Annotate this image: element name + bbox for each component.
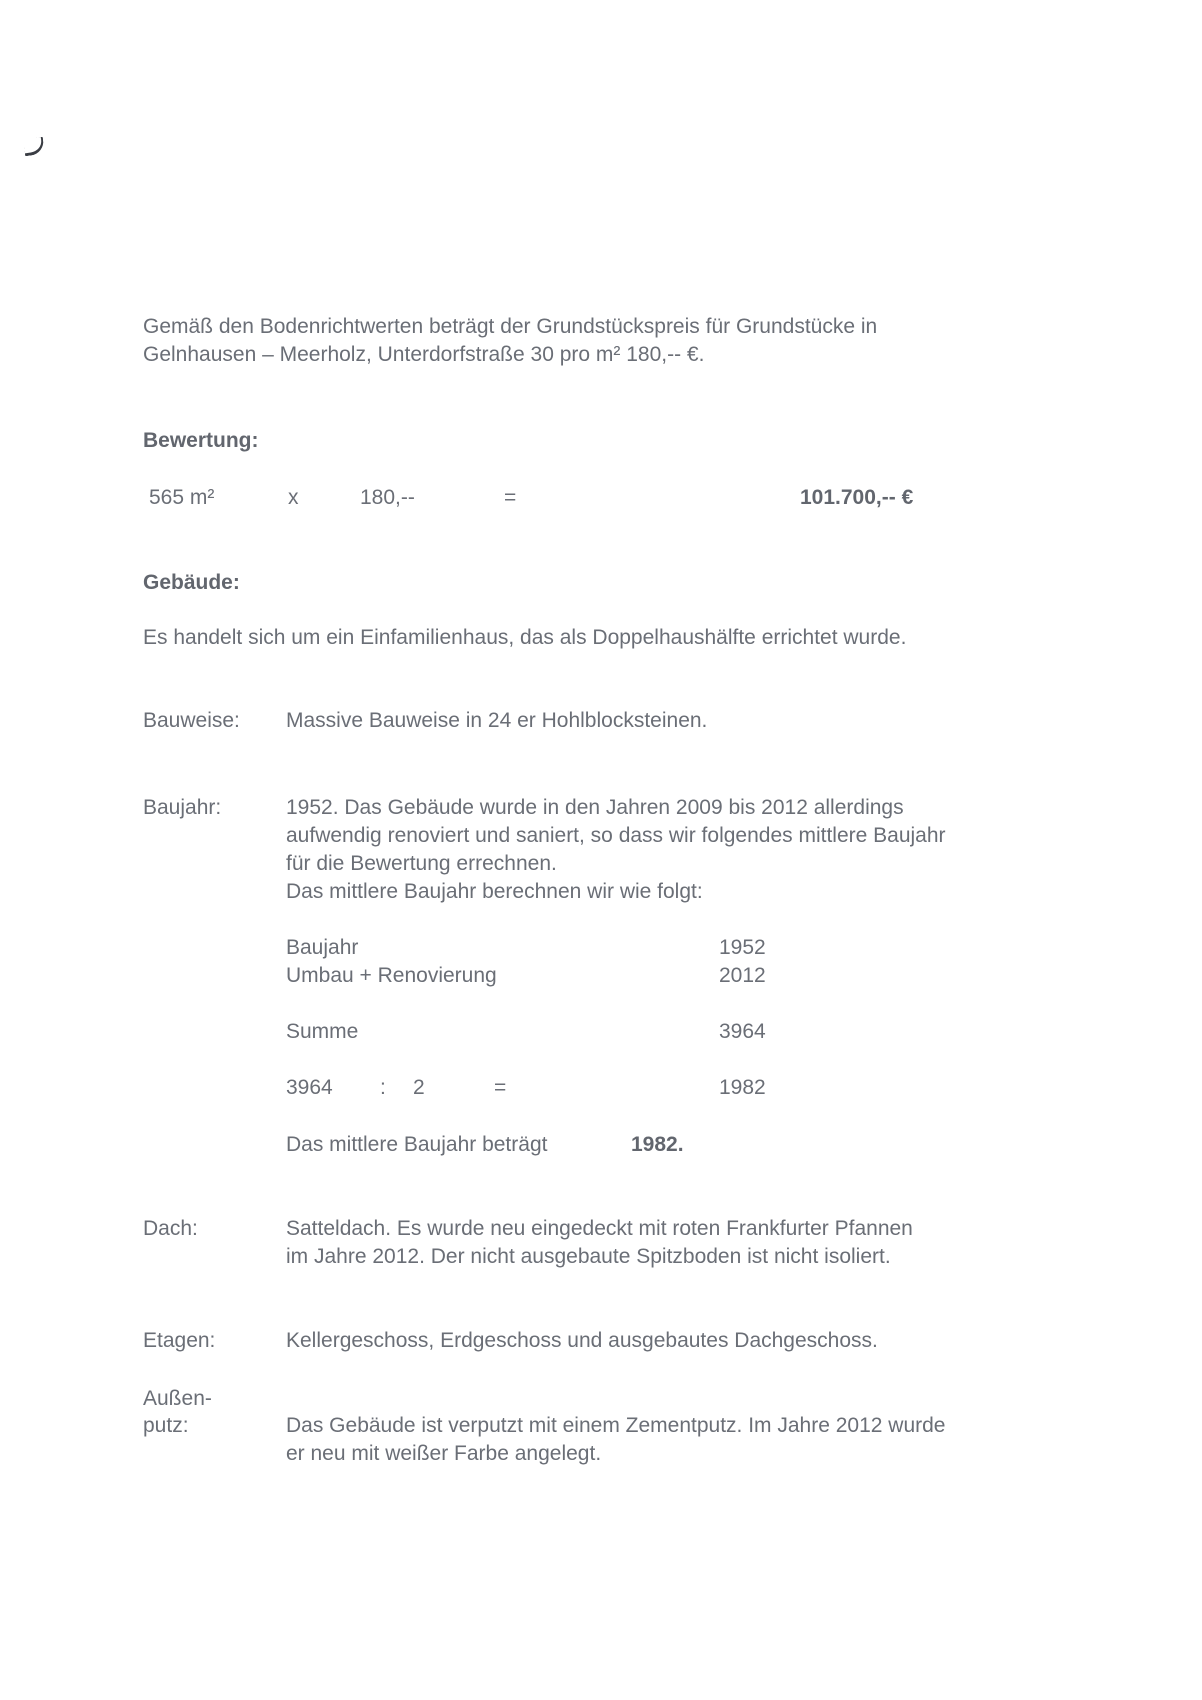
division-equals: = <box>494 1074 506 1102</box>
aussenputz-line-1: Das Gebäude ist verputzt mit einem Zemen… <box>286 1412 945 1440</box>
etagen-label: Etagen: <box>143 1327 215 1355</box>
bewertung-price: 180,-- <box>360 484 415 512</box>
division-op: : <box>380 1074 386 1102</box>
baujahr-label: Baujahr: <box>143 794 221 822</box>
division-divisor: 2 <box>413 1074 425 1102</box>
baujahr-line-3: für die Bewertung errechnen. <box>286 850 557 878</box>
bewertung-times: x <box>288 484 299 512</box>
bewertung-area: 565 m² <box>149 484 214 512</box>
dach-line-1: Satteldach. Es wurde neu eingedeckt mit … <box>286 1215 913 1243</box>
division-dividend: 3964 <box>286 1074 333 1102</box>
gebaeude-description: Es handelt sich um ein Einfamilienhaus, … <box>143 624 906 652</box>
calc-row-label: Umbau + Renovierung <box>286 962 497 990</box>
mean-year-text: Das mittlere Baujahr beträgt <box>286 1131 547 1159</box>
calc-row-value: 1952 <box>719 934 766 962</box>
sum-label: Summe <box>286 1018 358 1046</box>
sum-value: 3964 <box>719 1018 766 1046</box>
etagen-value: Kellergeschoss, Erdgeschoss und ausgebau… <box>286 1327 878 1355</box>
bewertung-heading: Bewertung: <box>143 427 259 455</box>
baujahr-line-1: 1952. Das Gebäude wurde in den Jahren 20… <box>286 794 904 822</box>
baujahr-line-2: aufwendig renoviert und saniert, so dass… <box>286 822 946 850</box>
gebaeude-heading: Gebäude: <box>143 569 240 597</box>
dach-label: Dach: <box>143 1215 198 1243</box>
bewertung-equals: = <box>504 484 516 512</box>
division-result: 1982 <box>719 1074 766 1102</box>
bauweise-value: Massive Bauweise in 24 er Hohlblockstein… <box>286 707 707 735</box>
dach-line-2: im Jahre 2012. Der nicht ausgebaute Spit… <box>286 1243 891 1271</box>
scan-mark <box>23 137 45 157</box>
calc-row-value: 2012 <box>719 962 766 990</box>
intro-line-2: Gelnhausen – Meerholz, Unterdorfstraße 3… <box>143 341 704 369</box>
calc-row-label: Baujahr <box>286 934 358 962</box>
baujahr-line-4: Das mittlere Baujahr berechnen wir wie f… <box>286 878 703 906</box>
intro-line-1: Gemäß den Bodenrichtwerten beträgt der G… <box>143 313 877 341</box>
bewertung-total: 101.700,-- € <box>800 484 913 512</box>
aussenputz-label-1: Außen- <box>143 1385 212 1413</box>
aussenputz-label-2: putz: <box>143 1412 189 1440</box>
bauweise-label: Bauweise: <box>143 707 240 735</box>
aussenputz-line-2: er neu mit weißer Farbe angelegt. <box>286 1440 601 1468</box>
mean-year-value: 1982. <box>631 1131 684 1159</box>
